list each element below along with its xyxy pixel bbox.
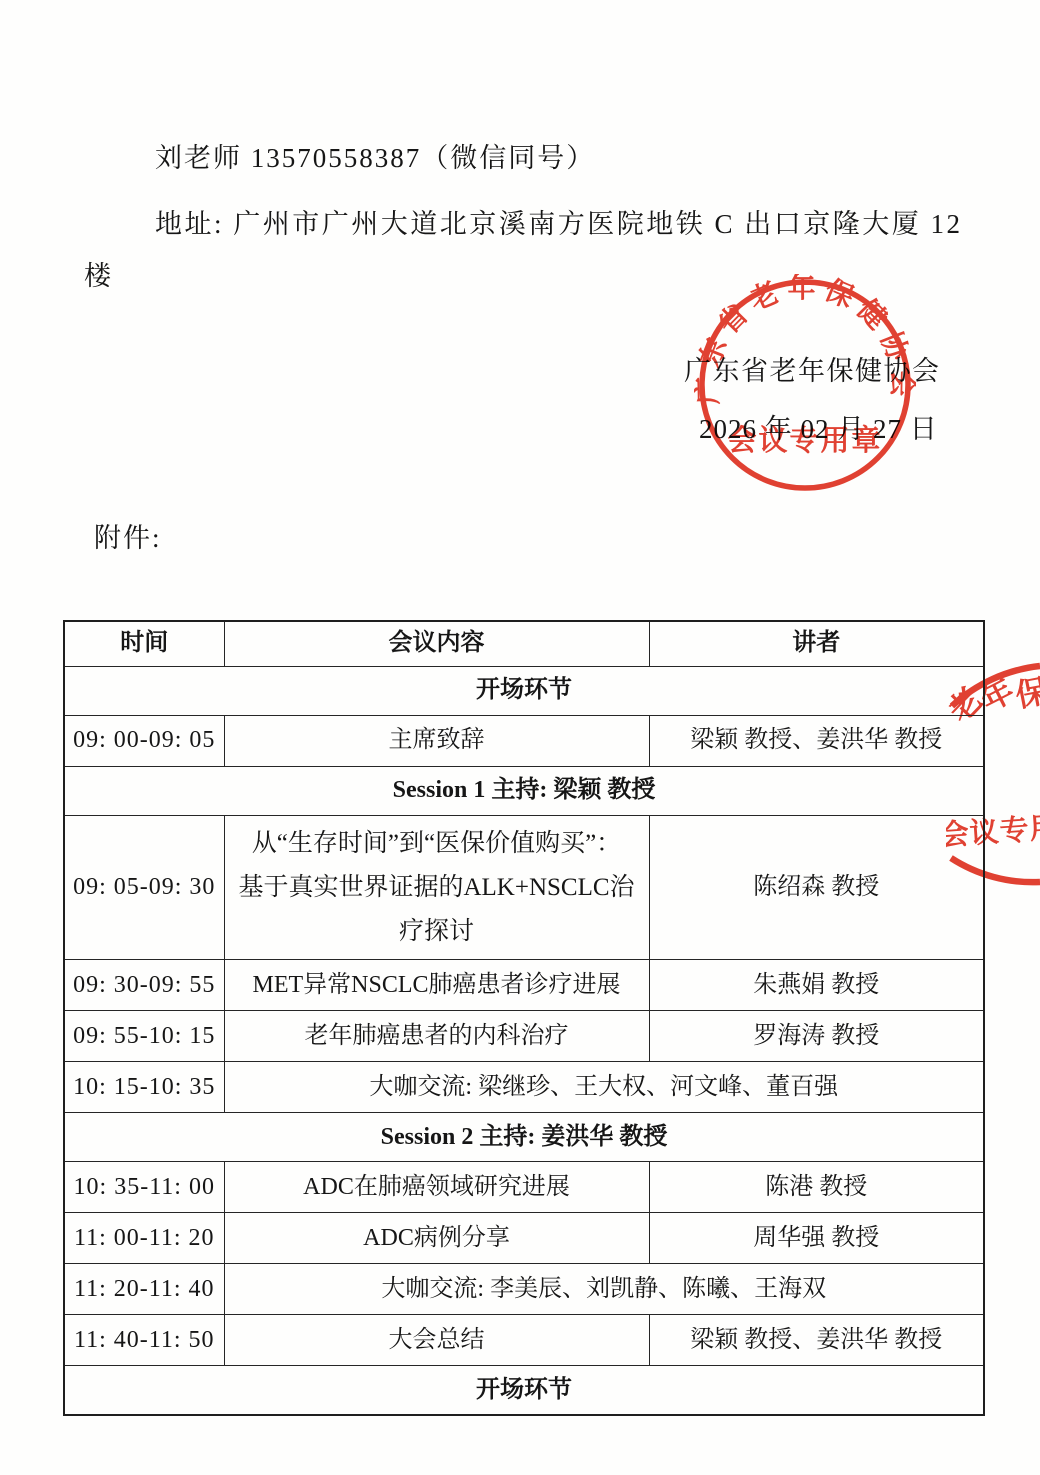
time-cell: 10: 35-11: 00 [64, 1162, 224, 1213]
table-row: Session 1 主持: 梁颖 教授 [64, 767, 984, 816]
speaker-cell: 周华强 教授 [649, 1213, 984, 1264]
speaker-cell: 陈绍森 教授 [649, 816, 984, 960]
time-cell: 11: 40-11: 50 [64, 1315, 224, 1366]
table-row: 11: 40-11: 50大会总结梁颖 教授、姜洪华 教授 [64, 1315, 984, 1366]
table-row: 09: 05-09: 30从“生存时间”到“医保价值购买”： 基于真实世界证据的… [64, 816, 984, 960]
time-cell: 09: 00-09: 05 [64, 716, 224, 767]
contact-line: 刘老师 13570558387（微信同号） [155, 136, 595, 175]
seal-fragment-char-3: 保 [1012, 672, 1040, 713]
discussion-cell: 大咖交流: 梁继珍、王大权、河文峰、董百强 [224, 1062, 984, 1113]
speaker-cell: 梁颖 教授、姜洪华 教授 [649, 1315, 984, 1366]
content-cell: ADC病例分享 [224, 1213, 649, 1264]
speaker-cell: 陈港 教授 [649, 1162, 984, 1213]
time-cell: 09: 30-09: 55 [64, 960, 224, 1011]
time-cell: 11: 20-11: 40 [64, 1264, 224, 1315]
address-line: 地址: 广州市广州大道北京溪南方医院地铁 C 出口京隆大厦 12 [155, 202, 963, 241]
speaker-cell: 梁颖 教授、姜洪华 教授 [649, 716, 984, 767]
table-row: 11: 00-11: 20ADC病例分享周华强 教授 [64, 1213, 984, 1264]
table-row: 开场环节 [64, 667, 984, 716]
agenda-table: 时间 会议内容 讲者 开场环节09: 00-09: 05主席致辞梁颖 教授、姜洪… [63, 620, 985, 1416]
content-cell: MET异常NSCLC肺癌患者诊疗进展 [224, 960, 649, 1011]
official-seal-stamp: 广东省老年保健协会 会议专用章 [694, 274, 916, 496]
header-speaker: 讲者 [649, 621, 984, 667]
discussion-cell: 大咖交流: 李美辰、刘凯静、陈曦、王海双 [224, 1264, 984, 1315]
table-row: Session 2 主持: 姜洪华 教授 [64, 1113, 984, 1162]
time-cell: 09: 05-09: 30 [64, 816, 224, 960]
table-row: 11: 20-11: 40大咖交流: 李美辰、刘凯静、陈曦、王海双 [64, 1264, 984, 1315]
section-title-cell: Session 1 主持: 梁颖 教授 [64, 767, 984, 816]
seal-ring-text: 广东省老年保健协会 [694, 274, 916, 405]
seal-bottom-text: 会议专用章 [727, 423, 882, 457]
content-cell: ADC在肺癌领域研究进展 [224, 1162, 649, 1213]
table-row: 09: 55-10: 15老年肺癌患者的内科治疗罗海涛 教授 [64, 1011, 984, 1062]
svg-text:广东省老年保健协会: 广东省老年保健协会 [694, 274, 916, 405]
attachment-label: 附件: [94, 516, 162, 555]
header-content: 会议内容 [224, 621, 649, 667]
table-row: 10: 35-11: 00ADC在肺癌领域研究进展陈港 教授 [64, 1162, 984, 1213]
section-title-cell: 开场环节 [64, 1366, 984, 1416]
time-cell: 11: 00-11: 20 [64, 1213, 224, 1264]
speaker-cell: 朱燕娟 教授 [649, 960, 984, 1011]
table-row: 09: 00-09: 05主席致辞梁颖 教授、姜洪华 教授 [64, 716, 984, 767]
section-title-cell: Session 2 主持: 姜洪华 教授 [64, 1113, 984, 1162]
document-page: 刘老师 13570558387（微信同号） 地址: 广州市广州大道北京溪南方医院… [0, 0, 1040, 1475]
speaker-cell: 罗海涛 教授 [649, 1011, 984, 1062]
content-cell: 从“生存时间”到“医保价值购买”： 基于真实世界证据的ALK+NSCLC治疗探讨 [224, 816, 649, 960]
table-row: 09: 30-09: 55MET异常NSCLC肺癌患者诊疗进展朱燕娟 教授 [64, 960, 984, 1011]
content-cell: 老年肺癌患者的内科治疗 [224, 1011, 649, 1062]
table-row: 开场环节 [64, 1366, 984, 1416]
agenda-header-row: 时间 会议内容 讲者 [64, 621, 984, 667]
time-cell: 10: 15-10: 35 [64, 1062, 224, 1113]
table-row: 10: 15-10: 35大咖交流: 梁继珍、王大权、河文峰、董百强 [64, 1062, 984, 1113]
address-line-continuation: 楼 [84, 254, 113, 293]
content-cell: 主席致辞 [224, 716, 649, 767]
time-cell: 09: 55-10: 15 [64, 1011, 224, 1062]
content-cell: 大会总结 [224, 1315, 649, 1366]
header-time: 时间 [64, 621, 224, 667]
section-title-cell: 开场环节 [64, 667, 984, 716]
